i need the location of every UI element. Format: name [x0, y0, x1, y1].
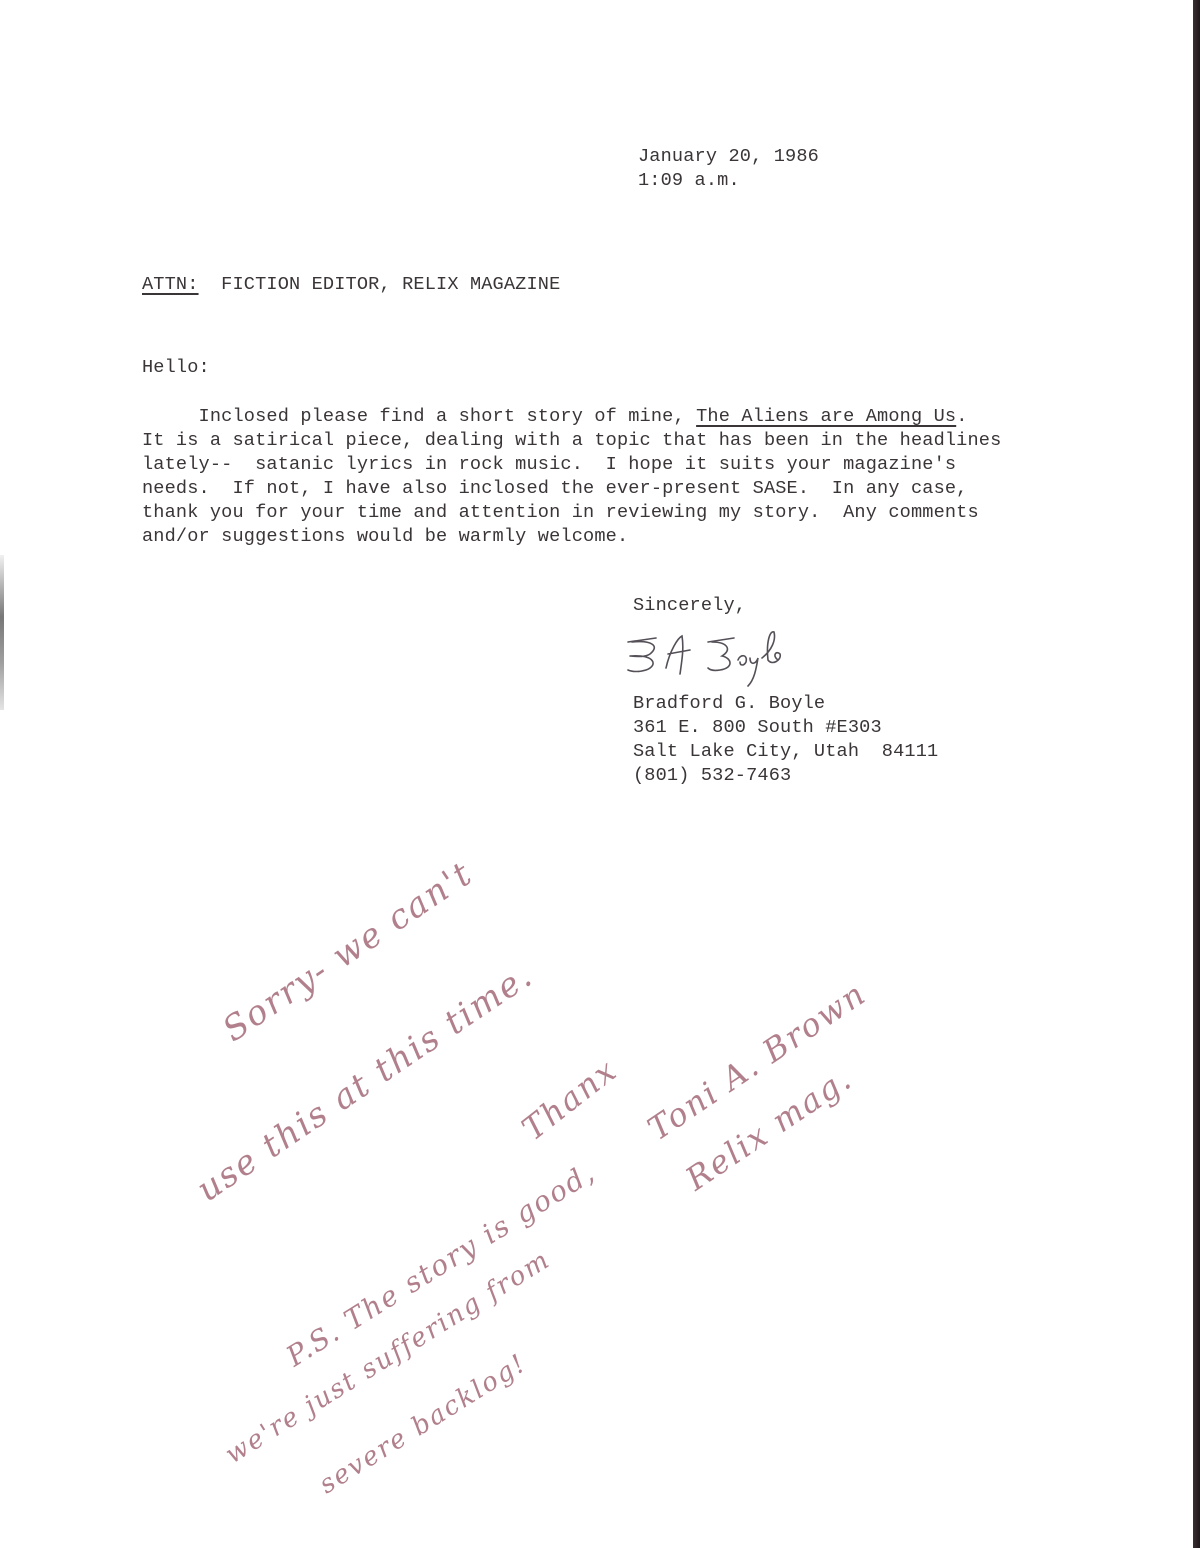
body-line-4: needs. If not, I have also inclosed the …	[142, 477, 1001, 501]
handwritten-thanks: Thanx	[515, 1051, 625, 1148]
scan-edge-left-mark	[0, 555, 4, 710]
attention-line: ATTN: FICTION EDITOR, RELIX MAGAZINE	[142, 273, 560, 297]
attn-recipient: FICTION EDITOR, RELIX MAGAZINE	[199, 274, 561, 295]
body-line-1-text: Inclosed please find a short story of mi…	[142, 406, 696, 427]
sender-block: Bradford G. Boyle361 E. 800 South #E303S…	[633, 692, 938, 788]
letter-time: 1:09 a.m.	[638, 169, 819, 193]
body-line-6: and/or suggestions would be warmly welco…	[142, 525, 1001, 549]
body-line-3: lately-- satanic lyrics in rock music. I…	[142, 453, 1001, 477]
letter-body: Inclosed please find a short story of mi…	[142, 405, 1001, 549]
handwritten-signature	[622, 620, 822, 700]
body-line-1-end: .	[956, 406, 967, 427]
date-block: January 20, 19861:09 a.m.	[638, 145, 819, 193]
letter-date: January 20, 1986	[638, 145, 819, 169]
sender-phone: (801) 532-7463	[633, 764, 938, 788]
body-line-1: Inclosed please find a short story of mi…	[142, 405, 1001, 429]
scan-edge-right	[1193, 0, 1200, 1548]
sender-address-line1: 361 E. 800 South #E303	[633, 716, 938, 740]
attn-label: ATTN:	[142, 274, 199, 295]
sender-name: Bradford G. Boyle	[633, 692, 938, 716]
closing: Sincerely,	[633, 594, 746, 618]
body-line-5: thank you for your time and attention in…	[142, 501, 1001, 525]
story-title: The Aliens are Among Us	[696, 406, 956, 427]
signature-icon	[622, 620, 822, 700]
salutation: Hello:	[142, 356, 210, 380]
sender-address-line2: Salt Lake City, Utah 84111	[633, 740, 938, 764]
handwritten-note-line2: use this at this time.	[190, 955, 541, 1210]
body-line-2: It is a satirical piece, dealing with a …	[142, 429, 1001, 453]
